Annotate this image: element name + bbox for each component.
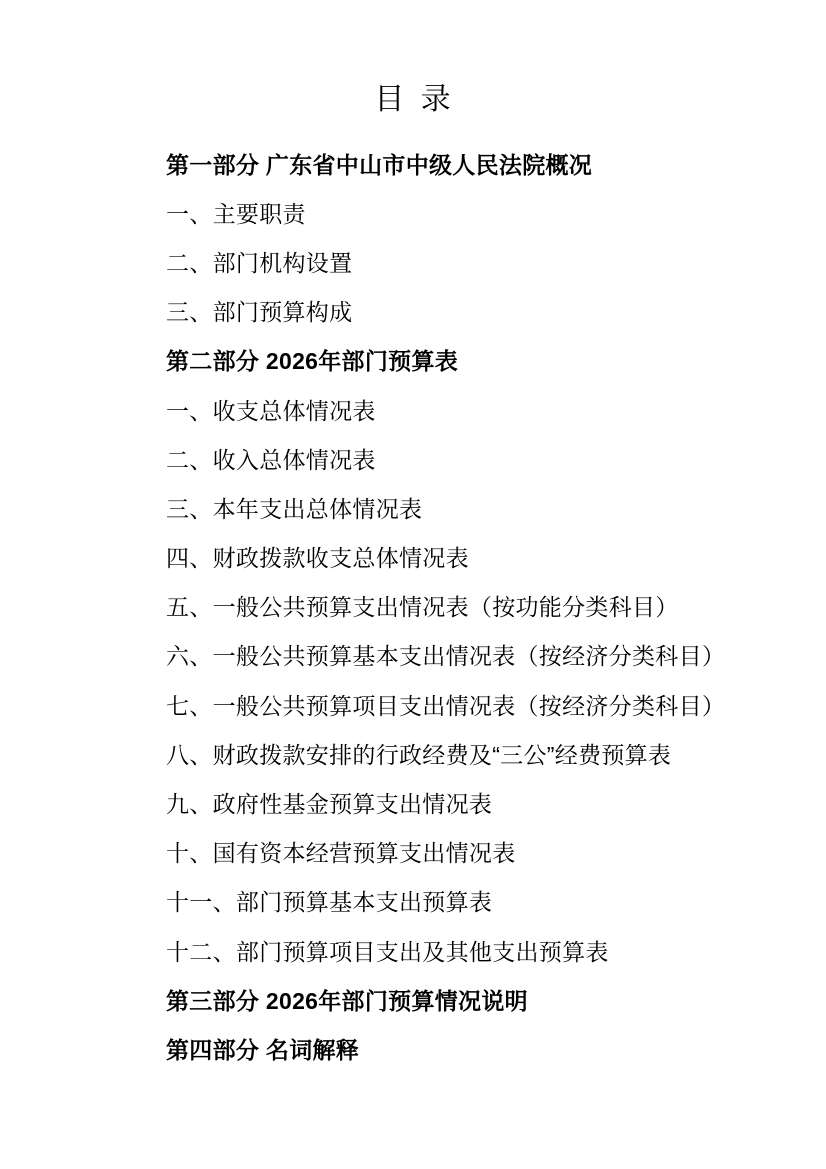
toc-entry: 九、政府性基金预算支出情况表: [166, 779, 826, 828]
document-title: 目 录: [0, 0, 826, 118]
toc-entry: 三、部门预算构成: [166, 288, 826, 337]
toc-list: 第一部分 广东省中山市中级人民法院概况一、主要职责二、部门机构设置三、部门预算构…: [0, 140, 826, 1075]
toc-part-heading: 第一部分 广东省中山市中级人民法院概况: [166, 140, 826, 189]
toc-entry: 七、一般公共预算项目支出情况表（按经济分类科目）: [166, 681, 826, 730]
toc-entry: 三、本年支出总体情况表: [166, 484, 826, 533]
toc-entry: 八、财政拨款安排的行政经费及“三公”经费预算表: [166, 730, 826, 779]
toc-entry: 一、主要职责: [166, 189, 826, 238]
toc-part-heading: 第二部分 2026年部门预算表: [166, 337, 826, 386]
toc-entry: 十、国有资本经营预算支出情况表: [166, 829, 826, 878]
toc-part-heading: 第四部分 名词解释: [166, 1025, 826, 1074]
toc-entry: 六、一般公共预算基本支出情况表（按经济分类科目）: [166, 632, 826, 681]
document-page: 目 录 第一部分 广东省中山市中级人民法院概况一、主要职责二、部门机构设置三、部…: [0, 0, 826, 1169]
toc-entry: 五、一般公共预算支出情况表（按功能分类科目）: [166, 583, 826, 632]
toc-part-heading: 第三部分 2026年部门预算情况说明: [166, 976, 826, 1025]
toc-entry: 十二、部门预算项目支出及其他支出预算表: [166, 927, 826, 976]
toc-entry: 十一、部门预算基本支出预算表: [166, 878, 826, 927]
toc-entry: 二、收入总体情况表: [166, 435, 826, 484]
toc-entry: 二、部门机构设置: [166, 238, 826, 287]
toc-entry: 一、收支总体情况表: [166, 386, 826, 435]
toc-entry: 四、财政拨款收支总体情况表: [166, 534, 826, 583]
